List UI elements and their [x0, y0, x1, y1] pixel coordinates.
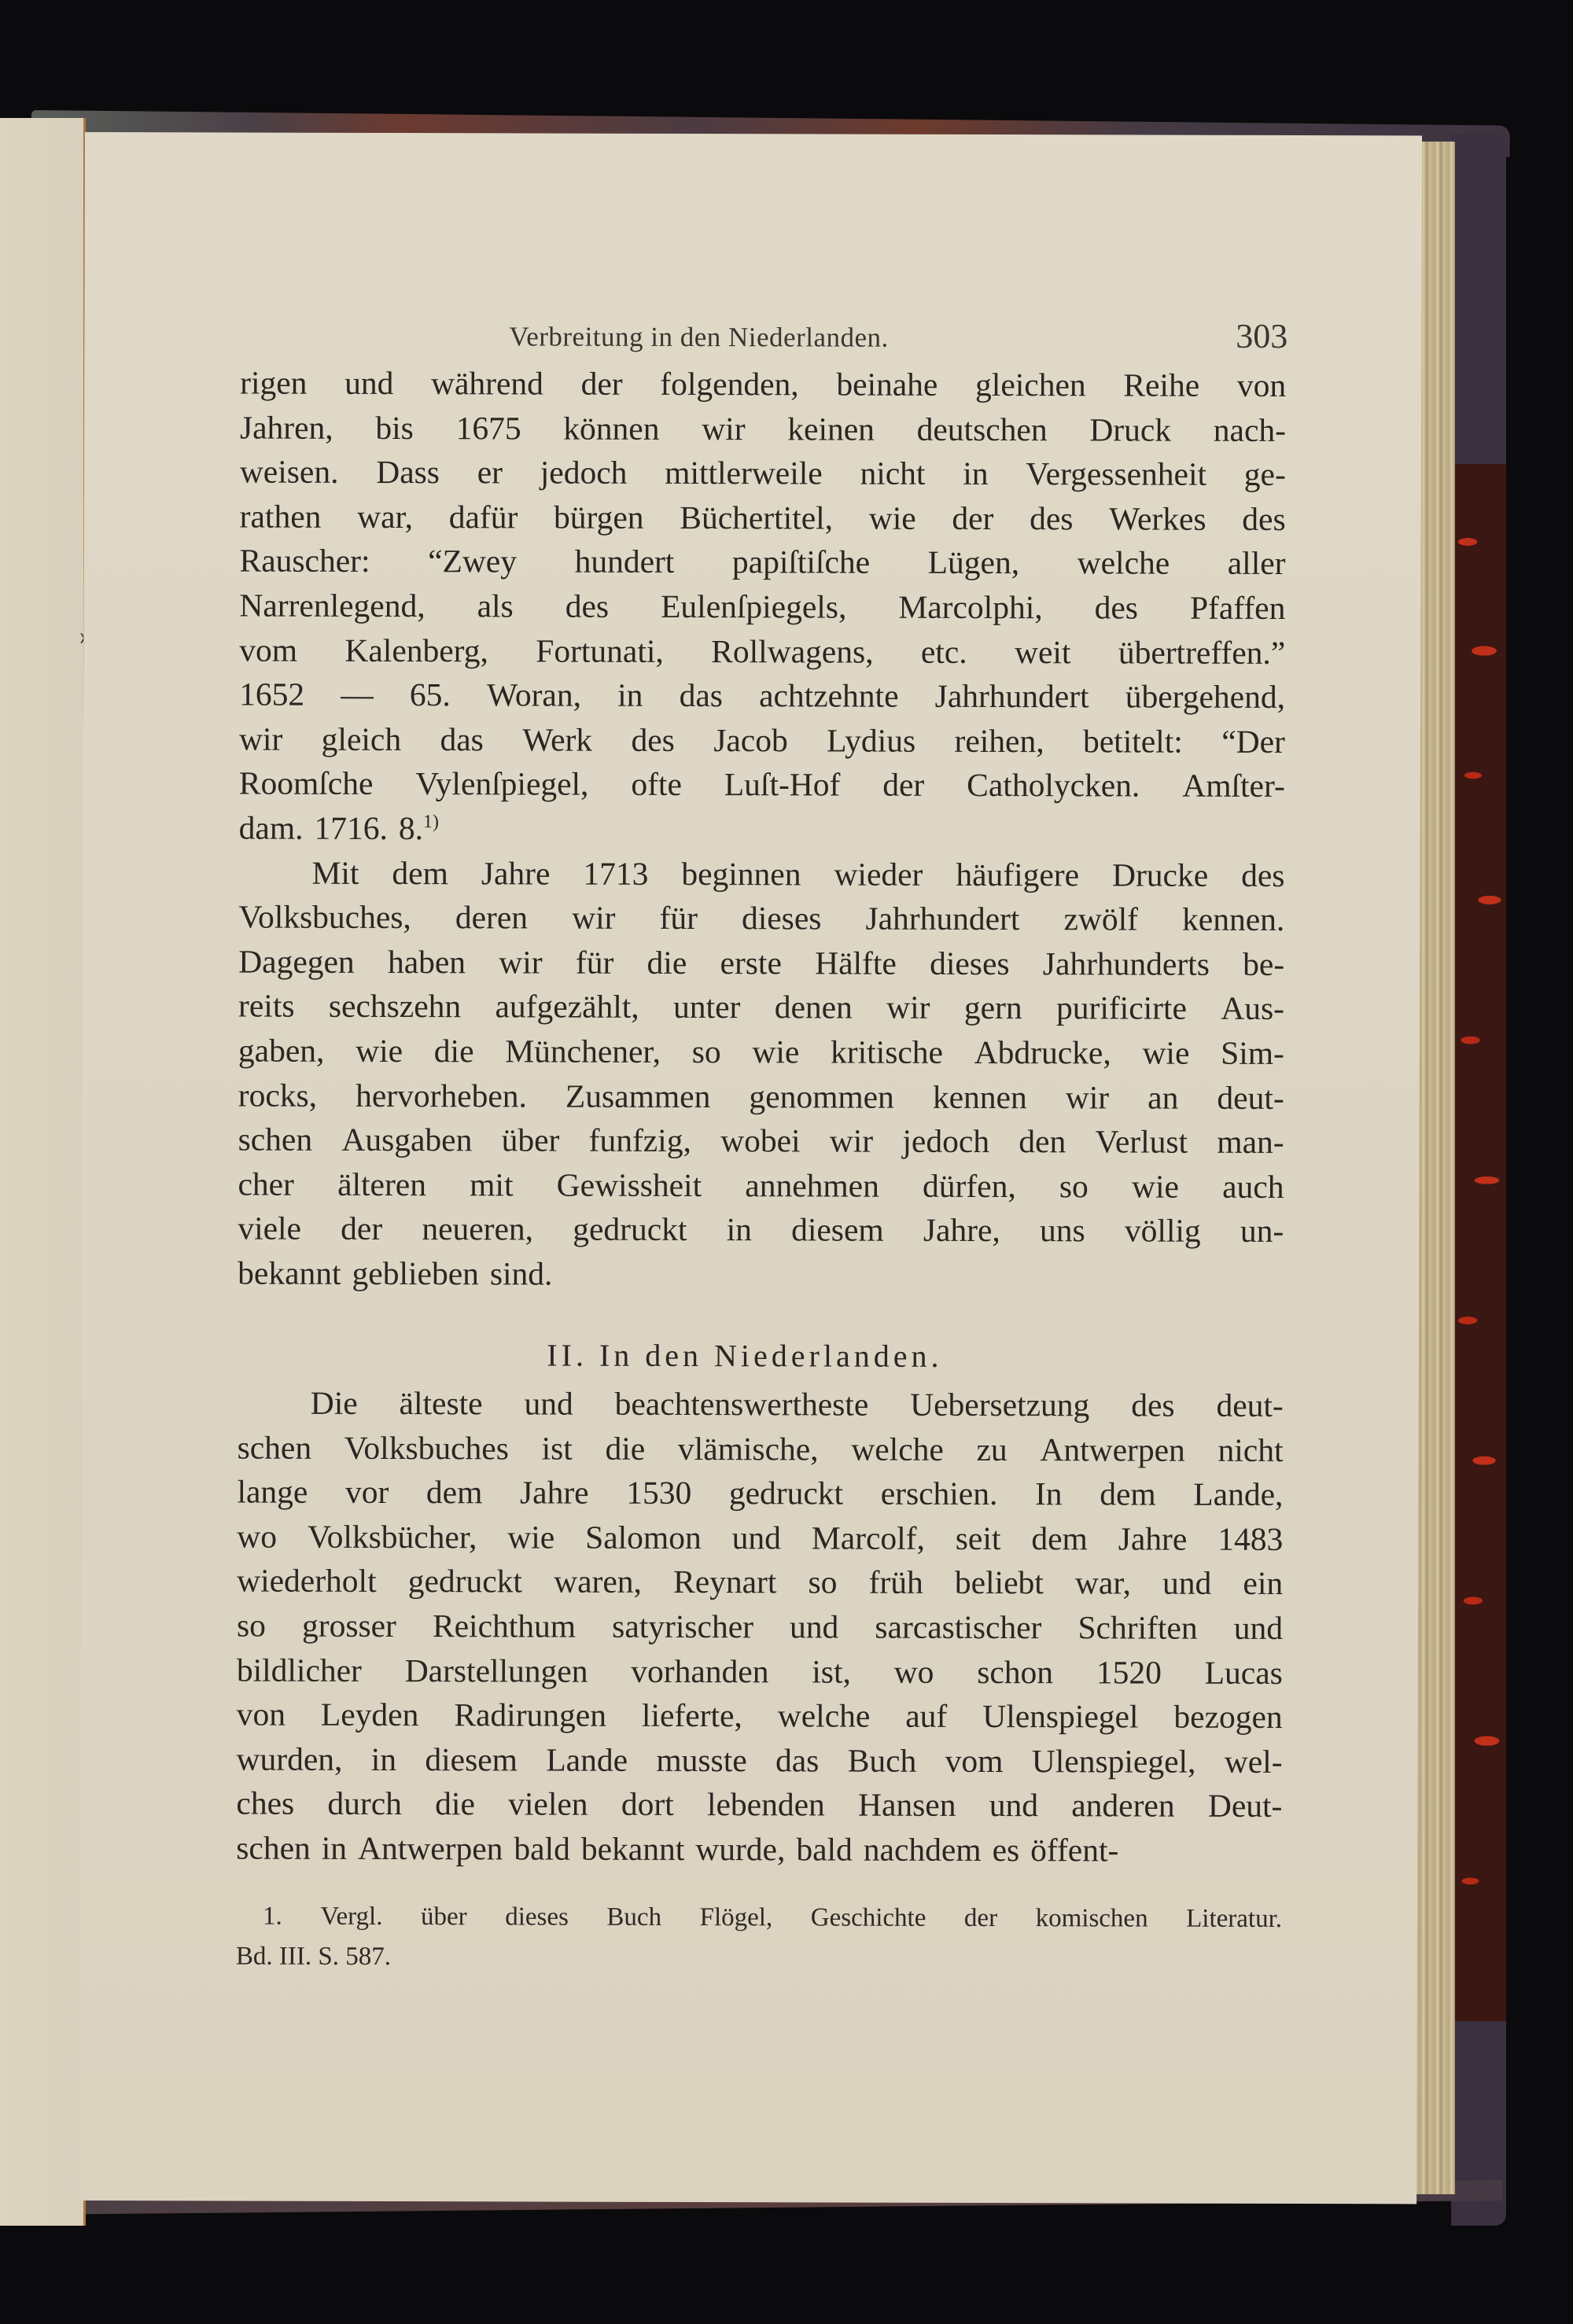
- section-heading: II. In den Niederlanden.: [238, 1333, 1284, 1380]
- text-line: RoomſcheVylenſpiegel,ofteLuſt-HofderCath…: [239, 761, 1285, 808]
- text-line: rathenwar,dafürbürgenBüchertitel,wiederd…: [240, 494, 1286, 541]
- text-line: gaben,wiedieMünchener,sowiekritischeAbdr…: [238, 1028, 1284, 1075]
- text-line: wiederholtgedrucktwaren,Reynartsofrühbel…: [237, 1559, 1283, 1606]
- text-line: wirgleichdasWerkdesJacobLydiusreihen,bet…: [239, 716, 1285, 764]
- paragraph-2: MitdemJahre1713beginnenwiederhäufigereDr…: [238, 850, 1284, 1298]
- book-cover-spine-edge: [1451, 134, 1506, 2226]
- text-line: schenAusgabenüberfunfzig,wobeiwirjedochd…: [238, 1118, 1284, 1165]
- text-line: bekanntgebliebensind.: [238, 1250, 1284, 1298]
- text-line: Rauscher:“ZweyhundertpapiſtiſcheLügen,we…: [239, 539, 1285, 586]
- text-line: weisen.DasserjedochmittlerweilenichtinVe…: [240, 450, 1286, 497]
- text-line: MitdemJahre1713beginnenwiederhäufigereDr…: [238, 850, 1284, 897]
- page-fore-edge: [1416, 142, 1455, 2194]
- running-head-title: Verbreitung in den Niederlanden.: [509, 321, 889, 353]
- text-line: vomKalenberg,Fortunati,Rollwagens,etc.we…: [239, 628, 1285, 675]
- text-line: DagegenhabenwirfürdieersteHälftediesesJa…: [238, 939, 1284, 986]
- text-line: woVolksbücher,wieSalomonundMarcolf,seitd…: [237, 1514, 1283, 1561]
- text-line: rocks,hervorheben.Zusammengenommenkennen…: [238, 1073, 1284, 1120]
- text-line: dam.1716.8.1): [239, 805, 1285, 853]
- text-line: langevordemJahre1530gedruckterschien.Ind…: [237, 1470, 1283, 1517]
- running-head: Verbreitung in den Niederlanden. 303: [509, 314, 1288, 356]
- text-line: chesdurchdievielendortlebendenHansenunda…: [236, 1781, 1282, 1829]
- text-line: scheninAntwerpenbaldbekanntwurde,baldnac…: [236, 1826, 1282, 1873]
- text-line: reitssechszehnaufgezählt,unterdenenwirge…: [238, 984, 1284, 1031]
- footnote: 1.Vergl.überdiesesBuchFlögel,Geschichted…: [236, 1897, 1282, 1980]
- facing-page-edge: ›: [0, 118, 86, 2226]
- footnote-line-1: 1.Vergl.überdiesesBuchFlögel,Geschichted…: [236, 1897, 1282, 1939]
- text-line: Volksbuches,derenwirfürdiesesJahrhundert…: [238, 895, 1284, 942]
- section-paragraph: DieältesteundbeachtenswerthesteUebersetz…: [236, 1381, 1284, 1873]
- text-line: rigenundwährendderfolgenden,beinahegleic…: [240, 361, 1286, 408]
- text-line: cherälterenmitGewissheitannehmendürfen,s…: [238, 1162, 1284, 1209]
- paragraph-1: rigenundwährendderfolgenden,beinahegleic…: [239, 361, 1287, 853]
- book-page: Verbreitung in den Niederlanden. 303 rig…: [79, 132, 1422, 2204]
- body-text: rigenundwährendderfolgenden,beinahegleic…: [236, 361, 1286, 1873]
- text-line: vielederneueren,gedrucktindiesemJahre,un…: [238, 1206, 1284, 1254]
- text-line: DieältesteundbeachtenswerthesteUebersetz…: [238, 1381, 1284, 1428]
- text-line: wurden,indiesemLandemusstedasBuchvomUlen…: [237, 1737, 1283, 1784]
- text-line: sogrosserReichthumsatyrischerundsarcasti…: [237, 1604, 1283, 1651]
- text-line: bildlicherDarstellungenvorhandenist,wosc…: [237, 1648, 1283, 1695]
- page-number: 303: [1236, 316, 1288, 356]
- text-line: vonLeydenRadirungenlieferte,welcheaufUle…: [237, 1692, 1283, 1740]
- text-line: schenVolksbuchesistdievlämische,welchezu…: [238, 1425, 1284, 1472]
- marbled-board: [1451, 464, 1506, 2021]
- footnote-line-2: Bd. III. S. 587.: [236, 1937, 1282, 1980]
- text-line: 1652—65.Woran,indasachtzehnteJahrhundert…: [239, 672, 1285, 720]
- text-line: Jahren,bis1675könnenwirkeinendeutschenDr…: [240, 405, 1286, 452]
- text-line: Narrenlegend,alsdesEulenſpiegels,Marcolp…: [239, 583, 1285, 630]
